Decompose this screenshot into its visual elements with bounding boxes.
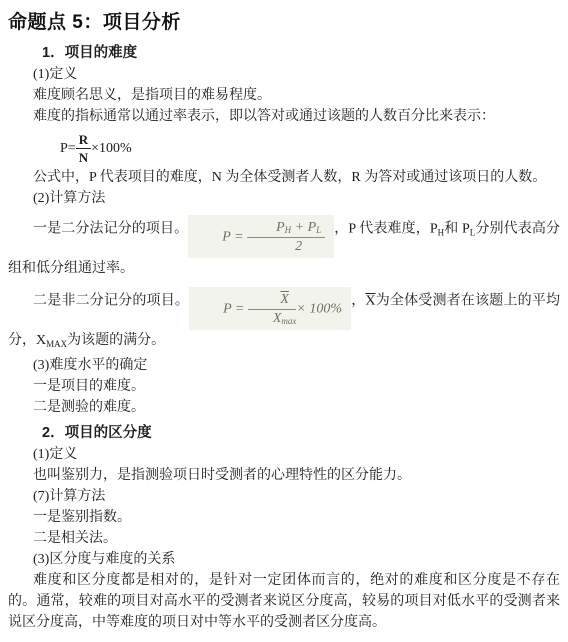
section1-level-label: (3)难度水平的确定 (8, 355, 560, 376)
fraction-numerator: PH + PL (247, 221, 325, 238)
formula-lhs: P= (60, 141, 76, 156)
section1-difficulty-intro: 难度的指标通常以通过率表示，即以答对或通过该题的人数百分比来表示： (8, 106, 560, 127)
formula-equals: = (231, 302, 247, 317)
subscript-max: MAX (46, 339, 67, 349)
section1-heading: 1．项目的难度 (8, 43, 560, 64)
plus-sign: + (291, 220, 307, 235)
section1-level-item2: 二是测验的难度。 (8, 397, 560, 418)
subscript-max: max (281, 316, 296, 326)
method2-text-1: ， (351, 294, 365, 309)
var-p: P (276, 220, 285, 235)
binary-scoring-formula-image: P = PH + PL2 (188, 215, 334, 258)
fraction-numerator: R (76, 132, 91, 149)
fraction-denominator: N (76, 149, 91, 164)
subscript-l: L (316, 225, 321, 235)
formula-var-p: P (222, 230, 230, 245)
section1-definition-label: (1)定义 (8, 64, 560, 85)
fraction-numerator-xbar: X (248, 293, 297, 310)
section2-calc-label: (7)计算方法 (8, 486, 560, 507)
method1-text-1: ，P 代表难度，P (334, 222, 438, 237)
document-page: 命题点 5：项目分析 1．项目的难度 (1)定义 难度顾名思义，是指项目的难易程… (0, 0, 568, 633)
section1-level-item1: 一是项目的难度。 (8, 376, 560, 397)
section2-definition-text: 也叫鉴别力，是指测验项日时受测者的心理特性的区分能力。 (8, 465, 560, 486)
section1-definition-text: 难度顾名思义，是指项目的难易程度。 (8, 85, 560, 106)
fraction: XXmax (248, 293, 297, 326)
section2-relation-text: 难度和区分度都是相对的，是针对一定团体而言的，绝对的难度和区分度是不存在的。通常… (8, 570, 560, 633)
method1-paragraph: 一是二分法记分的项目。P = PH + PL2，P 代表难度，PH和 PL分别代… (8, 215, 560, 279)
section2-calc-item1: 一是鉴别指数。 (8, 507, 560, 528)
method2-text-3: 为该题的满分。 (67, 333, 165, 348)
formula-equals: = (231, 230, 247, 245)
section1-calc-label: (2)计算方法 (8, 188, 560, 209)
section2-calc-item2: 二是相关法。 (8, 528, 560, 549)
method2-lead: 二是非二分记分的项目。 (33, 294, 189, 309)
difficulty-rate-formula: P=RN×100% (60, 132, 560, 164)
fraction: PH + PL2 (247, 221, 325, 254)
formula-rhs: ×100% (91, 141, 132, 156)
var-p: P (308, 220, 317, 235)
fraction-denominator: 2 (247, 238, 325, 254)
fraction: RN (76, 132, 91, 164)
formula-rhs: × 100% (296, 302, 342, 317)
method1-text-2: 和 P (444, 222, 470, 237)
section1-formula-note: 公式中，P 代表项目的难度，N 为全体受测者人数，R 为答对或通过该项日的人数。 (8, 167, 560, 188)
xbar-symbol: X (365, 294, 375, 309)
section2-definition-label: (1)定义 (8, 444, 560, 465)
method2-paragraph: 二是非二分记分的项目。P = XXmax× 100%，X为全体受测者在该题上的平… (8, 287, 560, 355)
section2-relation-label: (3)区分度与难度的关系 (8, 549, 560, 570)
fraction-denominator: Xmax (248, 310, 297, 326)
section2-heading: 2．项目的区分度 (8, 423, 560, 444)
page-title: 命题点 5：项目分析 (8, 12, 560, 33)
method1-lead: 一是二分法记分的项目。 (33, 222, 188, 237)
nonbinary-scoring-formula-image: P = XXmax× 100% (189, 287, 351, 330)
